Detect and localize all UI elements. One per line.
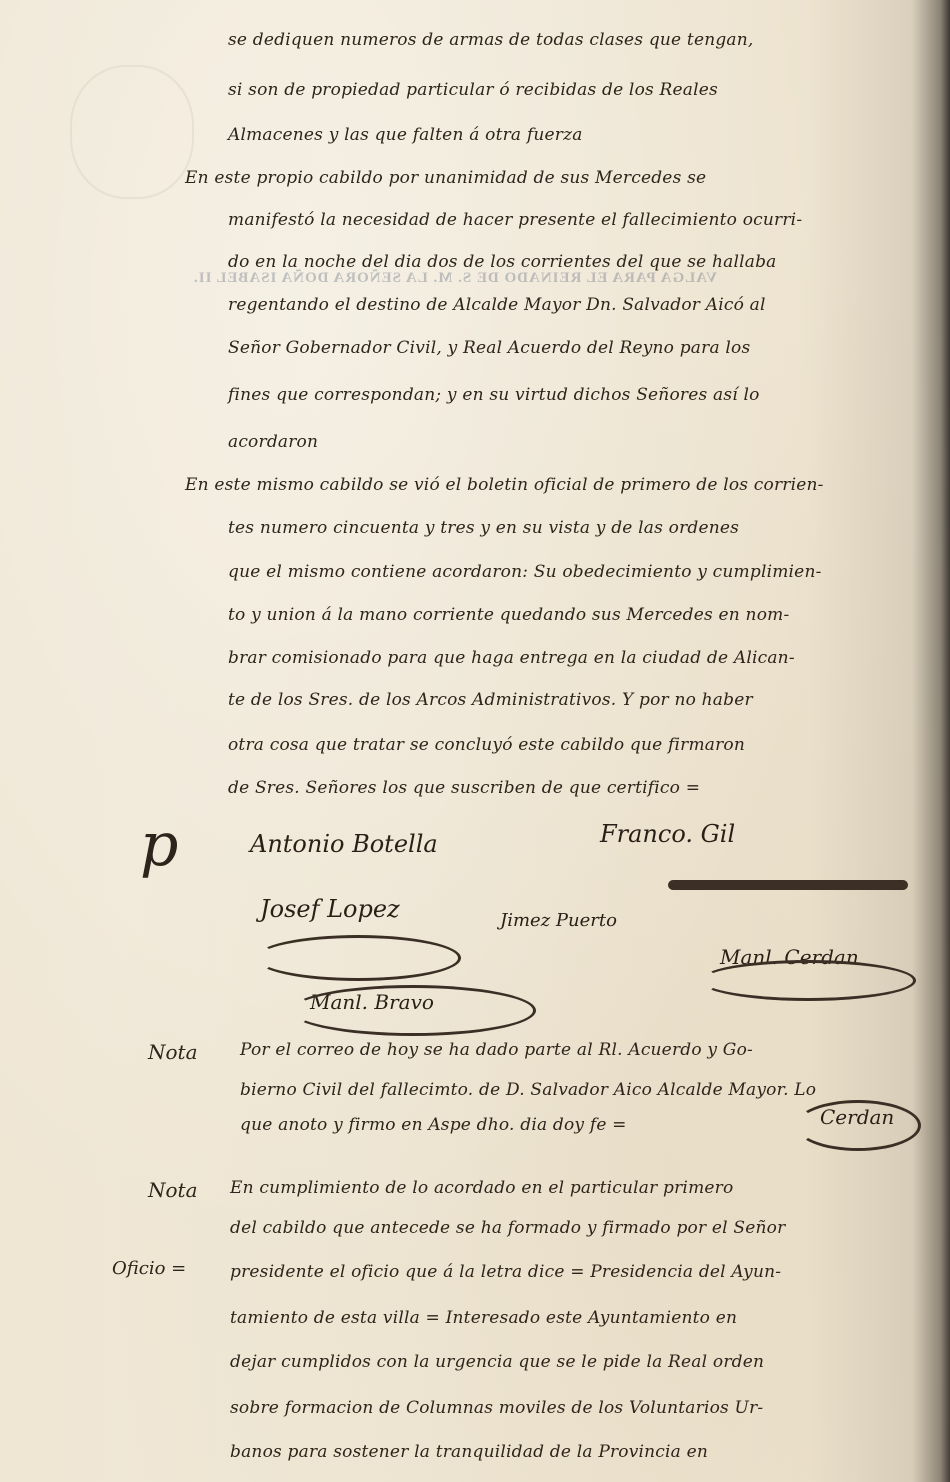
text-line: to y union á la mano corriente quedando … <box>228 605 789 625</box>
note-line: banos para sostener la tranquilidad de l… <box>230 1442 708 1462</box>
text-line: de Sres. Señores los que suscriben de qu… <box>228 778 700 798</box>
text-line: brar comisionado para que haga entrega e… <box>228 648 795 668</box>
text-line: si son de propiedad particular ó recibid… <box>228 80 718 100</box>
text-line: tes numero cincuenta y tres y en su vist… <box>228 518 739 538</box>
signature-flourish <box>290 985 536 1036</box>
text-line: otra cosa que tratar se concluyó este ca… <box>228 735 745 755</box>
signature-mark: p <box>140 810 178 880</box>
signature: Josef Lopez <box>260 895 400 923</box>
margin-label-oficio: Oficio = <box>112 1258 186 1279</box>
text-line: manifestó la necesidad de hacer presente… <box>228 210 802 230</box>
note-line: presidente el oficio que á la letra dice… <box>230 1262 781 1282</box>
note-line: dejar cumplidos con la urgencia que se l… <box>230 1352 764 1372</box>
stamp-text: VALGA PARA EL REINADO DE S. M. LA SEÑORA… <box>185 270 725 292</box>
note-line: del cabildo que antecede se ha formado y… <box>230 1218 785 1238</box>
text-line: te de los Sres. de los Arcos Administrat… <box>228 690 753 710</box>
signature-rubric <box>668 880 908 890</box>
text-line: Almacenes y las que falten á otra fuerza <box>228 125 583 145</box>
text-line: do en la noche del dia dos de los corrie… <box>228 252 777 272</box>
text-line: En este propio cabildo por unanimidad de… <box>185 168 706 188</box>
note-line: bierno Civil del fallecimto. de D. Salva… <box>240 1080 816 1100</box>
note-line: Por el correo de hoy se ha dado parte al… <box>240 1040 753 1060</box>
text-line: regentando el destino de Alcalde Mayor D… <box>228 295 766 315</box>
text-line: acordaron <box>228 432 318 452</box>
margin-label: Nota <box>148 1178 198 1202</box>
text-line: fines que correspondan; y en su virtud d… <box>228 385 760 405</box>
signature: Jimez Puerto <box>500 910 617 931</box>
text-line: En este mismo cabildo se vió el boletin … <box>185 475 824 495</box>
signature-flourish <box>700 960 916 1001</box>
signature: Franco. Gil <box>600 820 735 848</box>
note-line: tamiento de esta villa = Interesado este… <box>230 1308 737 1328</box>
signature-flourish <box>795 1100 921 1151</box>
note-line: En cumplimiento de lo acordado en el par… <box>230 1178 733 1198</box>
text-line: que el mismo contiene acordaron: Su obed… <box>228 562 822 582</box>
note-line: que anoto y firmo en Aspe dho. dia doy f… <box>240 1115 627 1135</box>
note-line: sobre formacion de Columnas moviles de l… <box>230 1398 763 1418</box>
signature: Antonio Botella <box>250 830 438 858</box>
margin-label: Nota <box>148 1040 198 1064</box>
text-line: se dediquen numeros de armas de todas cl… <box>228 30 754 50</box>
signature-flourish <box>255 935 461 981</box>
embossed-seal <box>70 65 194 199</box>
manuscript-page: VALGA PARA EL REINADO DE S. M. LA SEÑORA… <box>0 0 950 1482</box>
text-line: Señor Gobernador Civil, y Real Acuerdo d… <box>228 338 750 358</box>
